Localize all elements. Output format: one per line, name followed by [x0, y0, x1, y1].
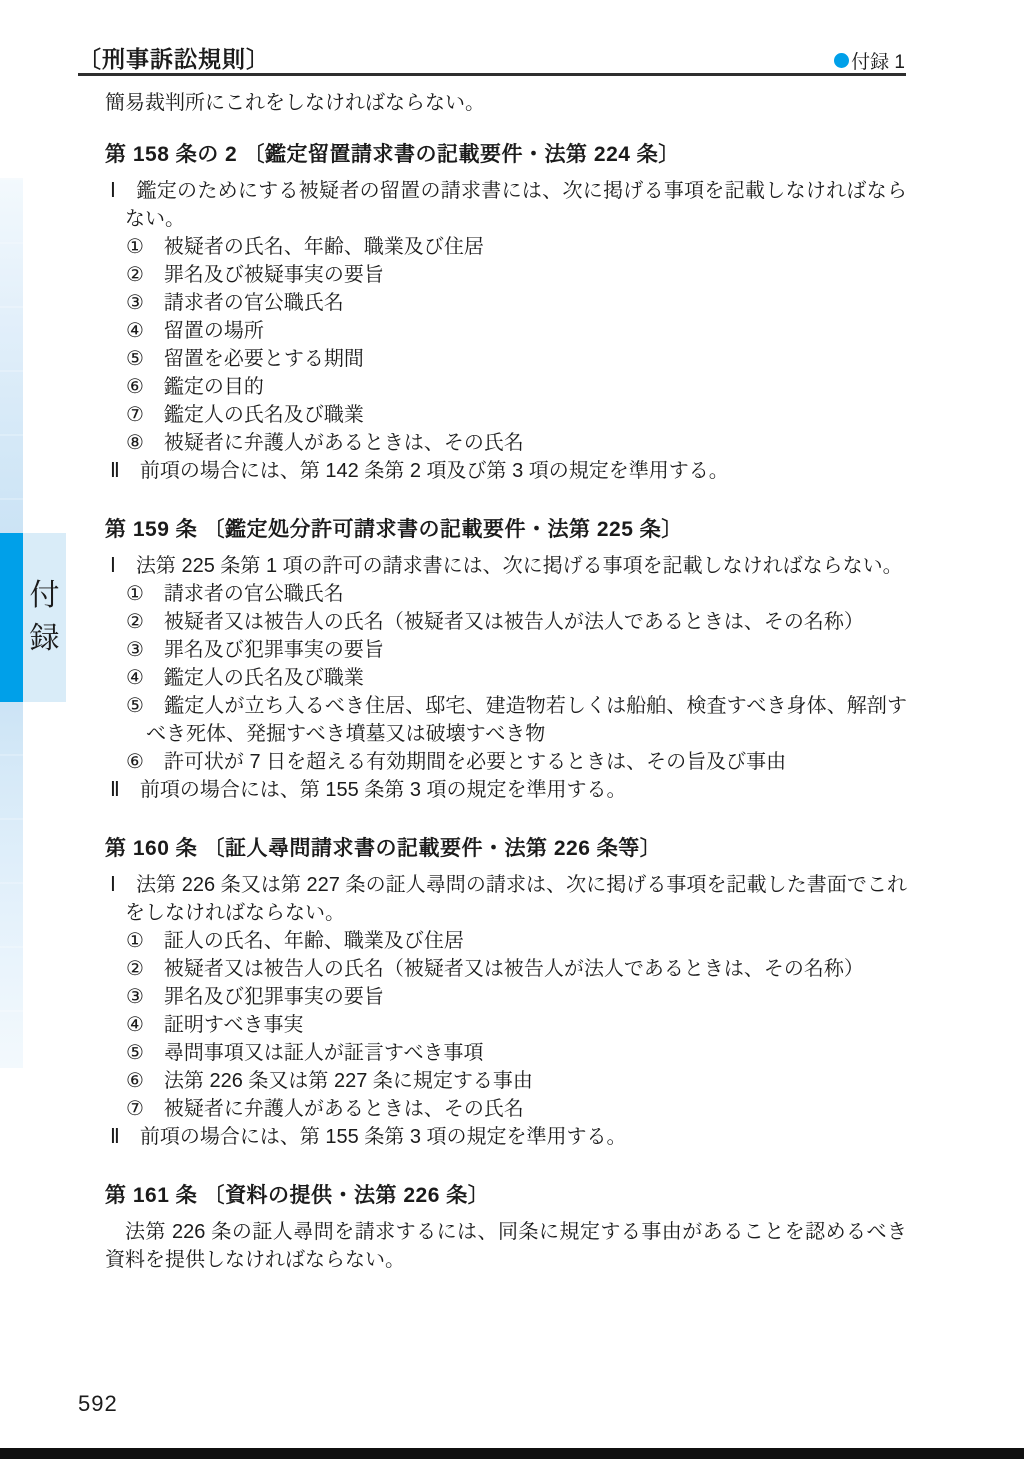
article-paragraph: Ⅱ 前項の場合には、第 155 条第 3 項の規定を準用する。 — [105, 1123, 907, 1151]
article-paragraph: Ⅱ 前項の場合には、第 155 条第 3 項の規定を準用する。 — [105, 776, 907, 804]
tab-char: 録 — [30, 624, 60, 654]
list-marker: ⑥ — [126, 376, 144, 398]
article-item: ⑤ 鑑定人が立ち入るべき住居、邸宅、建造物若しくは船舶、検査すべき身体、解剖すべ… — [105, 692, 907, 748]
list-marker: ⑧ — [126, 432, 144, 454]
article-section: 第 160 条 〔証人尋問請求書の記載要件・法第 226 条等〕Ⅰ 法第 226… — [105, 834, 907, 1151]
article-item: ③ 請求者の官公職氏名 — [105, 289, 907, 317]
article-item: ④ 証明すべき事実 — [105, 1011, 907, 1039]
list-marker: ④ — [126, 667, 144, 689]
article-paragraph: Ⅰ 法第 225 条第 1 項の許可の請求書には、次に掲げる事項を記載しなければ… — [105, 552, 907, 580]
article-item: ① 証人の氏名、年齢、職業及び住居 — [105, 927, 907, 955]
list-marker: Ⅱ — [110, 779, 120, 801]
article-item: ① 被疑者の氏名、年齢、職業及び住居 — [105, 233, 907, 261]
list-marker: ① — [126, 236, 144, 258]
article-item: ⑥ 許可状が 7 日を超える有効期間を必要とするときは、その旨及び事由 — [105, 748, 907, 776]
list-marker: ③ — [126, 292, 144, 314]
header-rule — [78, 73, 906, 76]
article-heading: 第 161 条 〔資料の提供・法第 226 条〕 — [105, 1181, 907, 1211]
article-paragraph: Ⅰ 鑑定のためにする被疑者の留置の請求書には、次に掲げる事項を記載しなければなら… — [105, 177, 907, 233]
tab-char: 付 — [30, 581, 60, 611]
list-marker: ⑥ — [126, 751, 144, 773]
list-marker: ④ — [126, 1014, 144, 1036]
list-marker: ① — [126, 930, 144, 952]
list-marker: ⑦ — [126, 1098, 144, 1120]
list-marker: ① — [126, 583, 144, 605]
article-section: 第 159 条 〔鑑定処分許可請求書の記載要件・法第 225 条〕Ⅰ 法第 22… — [105, 515, 907, 804]
article-item: ④ 留置の場所 — [105, 317, 907, 345]
page-number: 592 — [78, 1391, 118, 1417]
list-marker: ④ — [126, 320, 144, 342]
list-marker: Ⅰ — [110, 555, 116, 577]
list-marker: ③ — [126, 986, 144, 1008]
list-marker: Ⅰ — [110, 874, 116, 896]
article-item: ⑤ 留置を必要とする期間 — [105, 345, 907, 373]
list-marker: ② — [126, 958, 144, 980]
article-paragraph: Ⅱ 前項の場合には、第 142 条第 2 項及び第 3 項の規定を準用する。 — [105, 457, 907, 485]
appendix-label: 付録 1 — [851, 47, 905, 74]
list-marker: ⑤ — [126, 348, 144, 370]
list-marker: Ⅰ — [110, 180, 116, 202]
article-item: ④ 鑑定人の氏名及び職業 — [105, 664, 907, 692]
article-item: ③ 罪名及び犯罪事実の要旨 — [105, 636, 907, 664]
article-section: 第 161 条 〔資料の提供・法第 226 条〕法第 226 条の証人尋問を請求… — [105, 1181, 907, 1274]
article-item: ⑦ 鑑定人の氏名及び職業 — [105, 401, 907, 429]
list-marker: ⑤ — [126, 1042, 144, 1064]
page-title: 〔刑事訴訟規則〕 — [78, 41, 270, 74]
article-item: ② 被疑者又は被告人の氏名（被疑者又は被告人が法人であるときは、その名称） — [105, 955, 907, 983]
list-marker: ⑦ — [126, 404, 144, 426]
article-heading: 第 160 条 〔証人尋問請求書の記載要件・法第 226 条等〕 — [105, 834, 907, 864]
bottom-bar — [0, 1448, 1024, 1459]
appendix-tab-marker — [0, 533, 23, 702]
article-item: ⑧ 被疑者に弁護人があるときは、その氏名 — [105, 429, 907, 457]
article-heading: 第 158 条の 2 〔鑑定留置請求書の記載要件・法第 224 条〕 — [105, 140, 907, 170]
article-item: ⑥ 法第 226 条又は第 227 条に規定する事由 — [105, 1067, 907, 1095]
appendix-tab-label: 付録 — [23, 533, 66, 702]
article-item: ⑥ 鑑定の目的 — [105, 373, 907, 401]
article-list: 第 158 条の 2 〔鑑定留置請求書の記載要件・法第 224 条〕Ⅰ 鑑定のた… — [105, 130, 907, 1274]
appendix-badge: 付録 1 — [834, 47, 905, 74]
appendix-bullet-icon — [834, 53, 849, 68]
article-item: ⑦ 被疑者に弁護人があるときは、その氏名 — [105, 1095, 907, 1123]
list-marker: ③ — [126, 639, 144, 661]
list-marker: ② — [126, 611, 144, 633]
list-marker: Ⅱ — [110, 1126, 120, 1148]
list-marker: Ⅱ — [110, 460, 120, 482]
article-paragraph: 法第 226 条の証人尋問を請求するには、同条に規定する事由があることを認めるべ… — [105, 1218, 907, 1274]
article-item: ① 請求者の官公職氏名 — [105, 580, 907, 608]
article-paragraph: Ⅰ 法第 226 条又は第 227 条の証人尋問の請求は、次に掲げる事項を記載し… — [105, 871, 907, 927]
article-item: ② 被疑者又は被告人の氏名（被疑者又は被告人が法人であるときは、その名称） — [105, 608, 907, 636]
article-item: ⑤ 尋問事項又は証人が証言すべき事項 — [105, 1039, 907, 1067]
article-item: ③ 罪名及び犯罪事実の要旨 — [105, 983, 907, 1011]
lead-paragraph: 簡易裁判所にこれをしなければならない。 — [105, 89, 905, 117]
article-heading: 第 159 条 〔鑑定処分許可請求書の記載要件・法第 225 条〕 — [105, 515, 907, 545]
article-item: ② 罪名及び被疑事実の要旨 — [105, 261, 907, 289]
list-marker: ⑤ — [126, 695, 144, 717]
article-section: 第 158 条の 2 〔鑑定留置請求書の記載要件・法第 224 条〕Ⅰ 鑑定のた… — [105, 140, 907, 485]
list-marker: ⑥ — [126, 1070, 144, 1092]
list-marker: ② — [126, 264, 144, 286]
